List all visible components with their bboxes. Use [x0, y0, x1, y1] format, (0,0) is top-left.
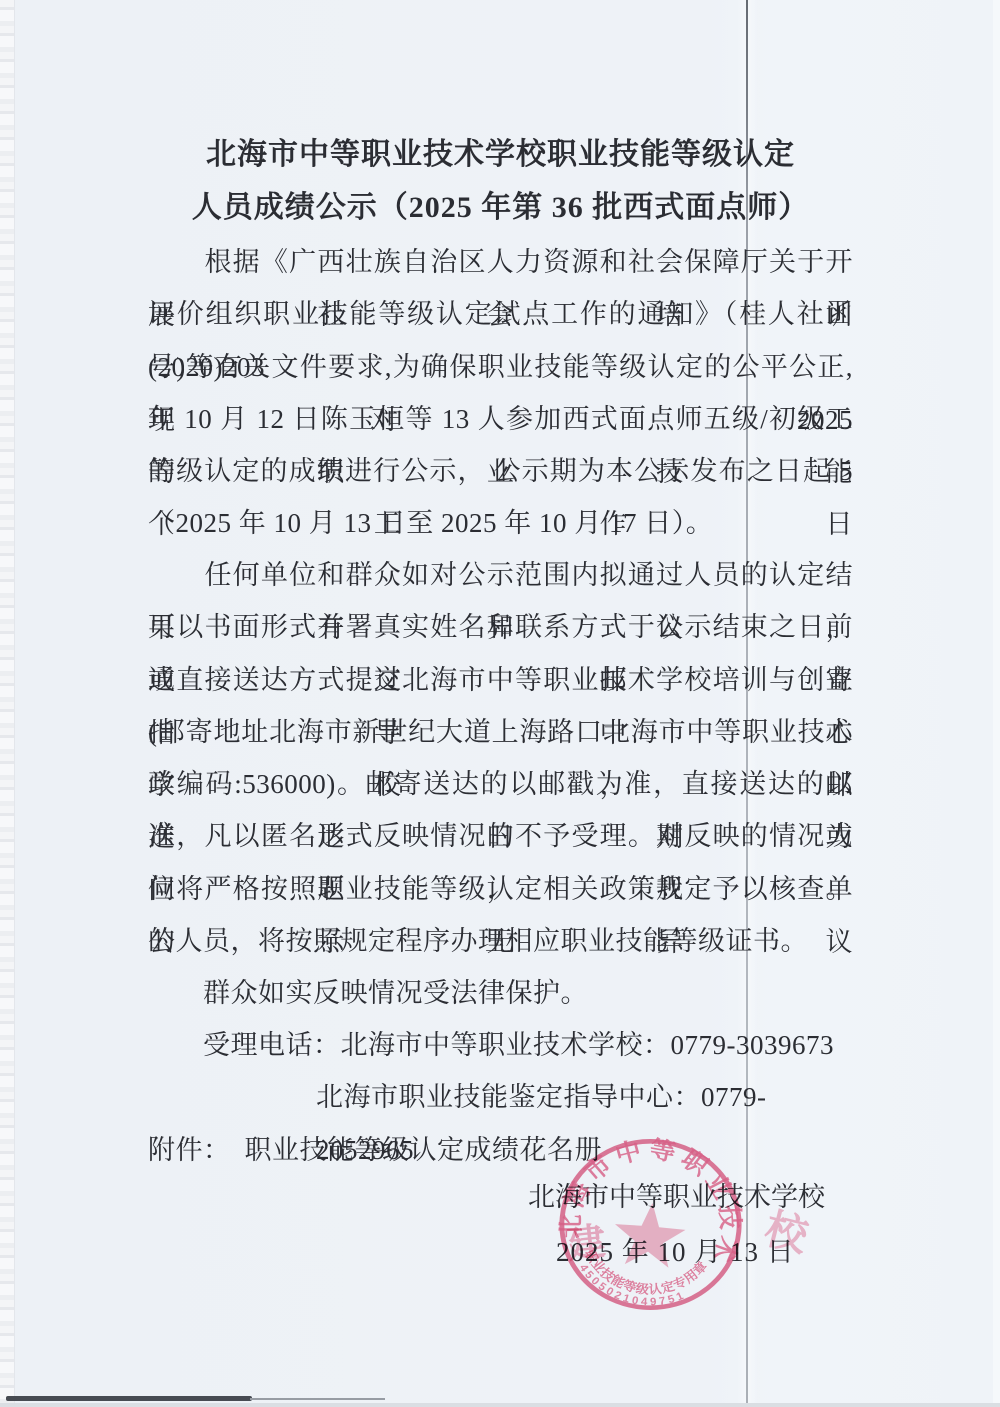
official-seal-stamp: 北海市中等职业技术学校 职业技能等级认定专用章 4505021049751: [553, 1133, 748, 1316]
seal-star-icon: [611, 1200, 687, 1269]
body-line: (邮寄地址北海市新世纪大道上海路口北海市中等职业技术学校，邮: [148, 706, 853, 759]
scan-bottom-edge-dark: [6, 1396, 252, 1401]
body-line: 准，凡以匿名形式反映情况的不予受理。对反映的情况或问题，我单: [148, 810, 853, 863]
body-line: 根据《广西壮族自治区人力资源和社会保障厅关于开展社会培训: [148, 236, 853, 289]
body-line: 等级认定的成绩进行公示， 公示期为本公示发布之日起 5 个工作日: [148, 445, 853, 498]
document-title-line-1: 北海市中等职业技术学校职业技能等级认定: [148, 128, 853, 182]
body-line: 的人员，将按照规定程序办理相应职业技能等级证书。: [148, 915, 853, 968]
body-line: 任何单位和群众如对公示范围内拟通过人员的认定结果有异议，: [148, 549, 853, 602]
body-line: 可以书面形式并署真实姓名和联系方式于公示结束之日前通过邮寄: [148, 601, 853, 654]
body-line: 位将严格按照职业技能等级认定相关政策规定予以核查。公示无异议: [148, 863, 853, 916]
body-line: 年 10 月 12 日陈玉恒等 13 人参加西式面点师五级/初级工的职业技能: [148, 393, 853, 446]
body-line: 评价组织职业技能等级认定试点工作的通知》（桂人社函(2020)203: [148, 288, 853, 341]
scan-binding-edge: [0, 0, 15, 1407]
scanned-notice-page: 北海市中等职业技术学校职业技能等级认定 人员成绩公示（2025 年第 36 批西…: [0, 0, 1000, 1407]
contact-phone-line-2: 北海市职业技能鉴定指导中心：0779-2052965: [316, 1071, 853, 1124]
body-line: （2025 年 10 月 13 日至 2025 年 10 月 17 日）。: [148, 497, 853, 550]
body-line: 或直接送达方式提交北海市中等职业技术学校培训与创业指导中心: [148, 654, 853, 707]
body-line: 政编码:536000)。邮寄送达的以邮戳为准，直接送达的以送达日期为: [148, 758, 853, 811]
scan-bottom-strip: [0, 1403, 1000, 1407]
scan-right-edge: [993, 0, 1000, 1407]
body-line: 群众如实反映情况受法律保护。: [148, 967, 853, 1020]
scan-bottom-edge-faint: [250, 1398, 385, 1400]
document-title-line-2: 人员成绩公示（2025 年第 36 批西式面点师）: [148, 181, 853, 235]
body-line: 号)等有关文件要求,为确保职业技能等级认定的公平公正,现对 2025: [148, 341, 853, 394]
contact-phone-line-1: 受理电话：北海市中等职业技术学校：0779-3039673: [148, 1019, 853, 1072]
